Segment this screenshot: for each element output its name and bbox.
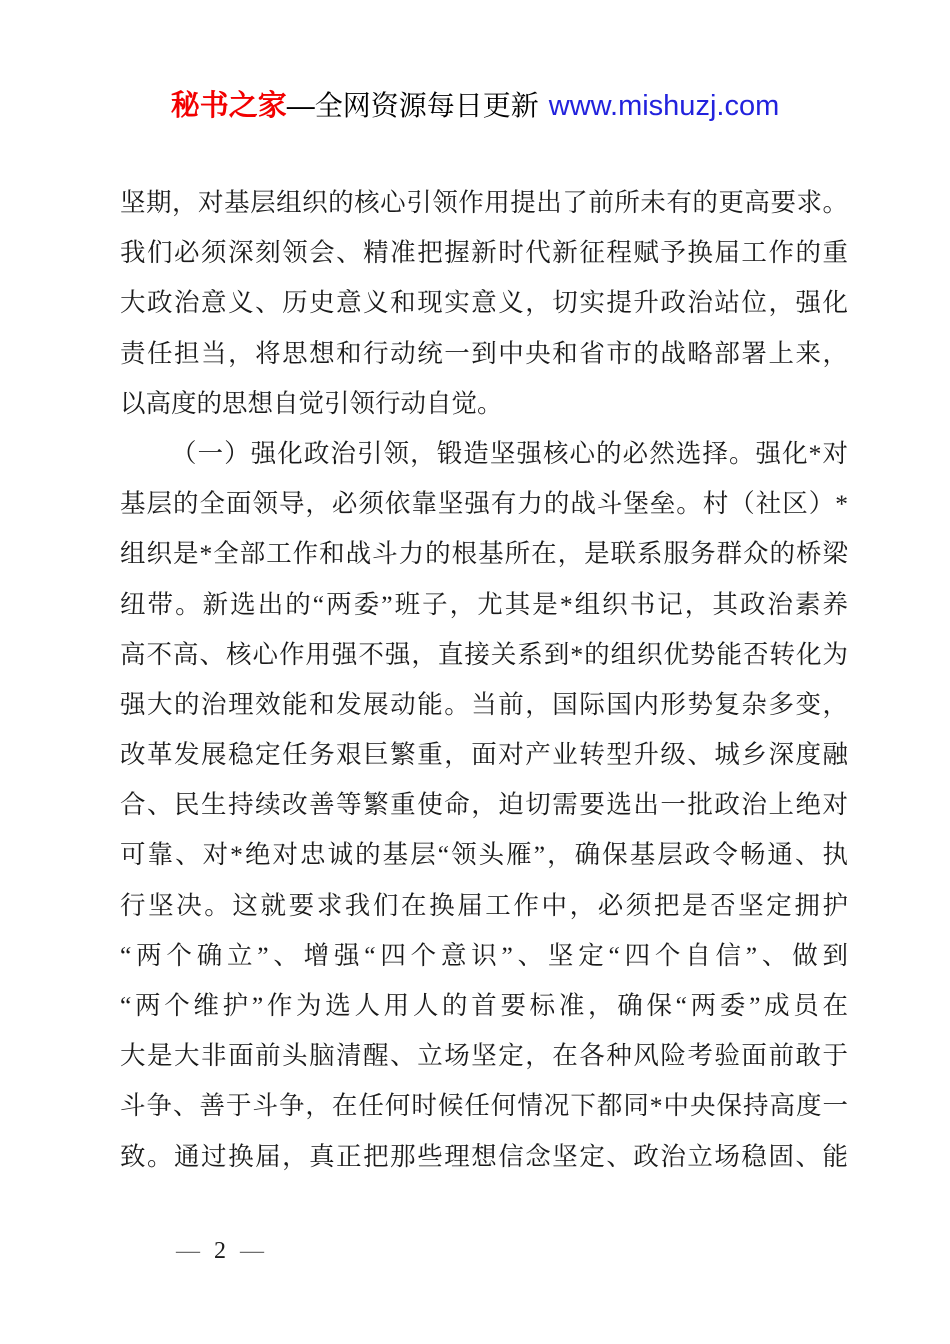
document-page: 秘书之家—全网资源每日更新www.mishuzj.com 坚期，对基层组织的核心… [0, 0, 950, 1344]
text-line: 强大的治理效能和发展动能。当前，国际国内形势复杂多变， [120, 680, 848, 730]
text-line: 致。通过换届，真正把那些理想信念坚定、政治立场稳固、能 [120, 1132, 848, 1182]
site-url[interactable]: www.mishuzj.com [549, 90, 779, 122]
text-line: 基层的全面领导，必须依靠坚强有力的战斗堡垒。村（社区）* [120, 479, 848, 529]
text-line: 大是大非面前头脑清醒、立场坚定，在各种风险考验面前敢于 [120, 1031, 848, 1081]
text-line: 合、民生持续改善等繁重使命，迫切需要选出一批政治上绝对 [120, 780, 848, 830]
text-line: 斗争、善于斗争，在任何时候任何情况下都同*中央保持高度一 [120, 1081, 848, 1131]
page-number: 2 [200, 1238, 240, 1264]
footer-right-dash: — [240, 1238, 264, 1264]
footer-left-dash: — [176, 1238, 200, 1264]
text-line: （一）强化政治引领，锻造坚强核心的必然选择。强化*对 [120, 429, 848, 479]
text-line: 纽带。新选出的“两委”班子，尤其是*组织书记，其政治素养 [120, 580, 848, 630]
text-line: 高不高、核心作用强不强，直接关系到*的组织优势能否转化为 [120, 630, 848, 680]
text-line: 坚期，对基层组织的核心引领作用提出了前所未有的更高要求。 [120, 178, 848, 228]
text-line: 大政治意义、历史意义和现实意义，切实提升政治站位，强化 [120, 278, 848, 328]
header-tagline: —全网资源每日更新 [287, 90, 539, 121]
page-header: 秘书之家—全网资源每日更新www.mishuzj.com [0, 86, 950, 131]
text-line: 行坚决。这就要求我们在换届工作中，必须把是否坚定拥护 [120, 881, 848, 931]
document-body: 坚期，对基层组织的核心引领作用提出了前所未有的更高要求。我们必须深刻领会、精准把… [120, 178, 848, 1182]
site-name: 秘书之家 [171, 90, 287, 122]
page-footer: —2— [176, 1236, 264, 1266]
text-line: 我们必须深刻领会、精准把握新时代新征程赋予换届工作的重 [120, 228, 848, 278]
text-line: 改革发展稳定任务艰巨繁重，面对产业转型升级、城乡深度融 [120, 730, 848, 780]
text-line: 组织是*全部工作和战斗力的根基所在，是联系服务群众的桥梁 [120, 529, 848, 579]
text-line: 责任担当，将思想和行动统一到中央和省市的战略部署上来， [120, 329, 848, 379]
text-line: 以高度的思想自觉引领行动自觉。 [120, 379, 848, 429]
text-line: “两个维护”作为选人用人的首要标准，确保“两委”成员在 [120, 981, 848, 1031]
text-line: 可靠、对*绝对忠诚的基层“领头雁”，确保基层政令畅通、执 [120, 830, 848, 880]
text-line: “两个确立”、增强“四个意识”、坚定“四个自信”、做到 [120, 931, 848, 981]
